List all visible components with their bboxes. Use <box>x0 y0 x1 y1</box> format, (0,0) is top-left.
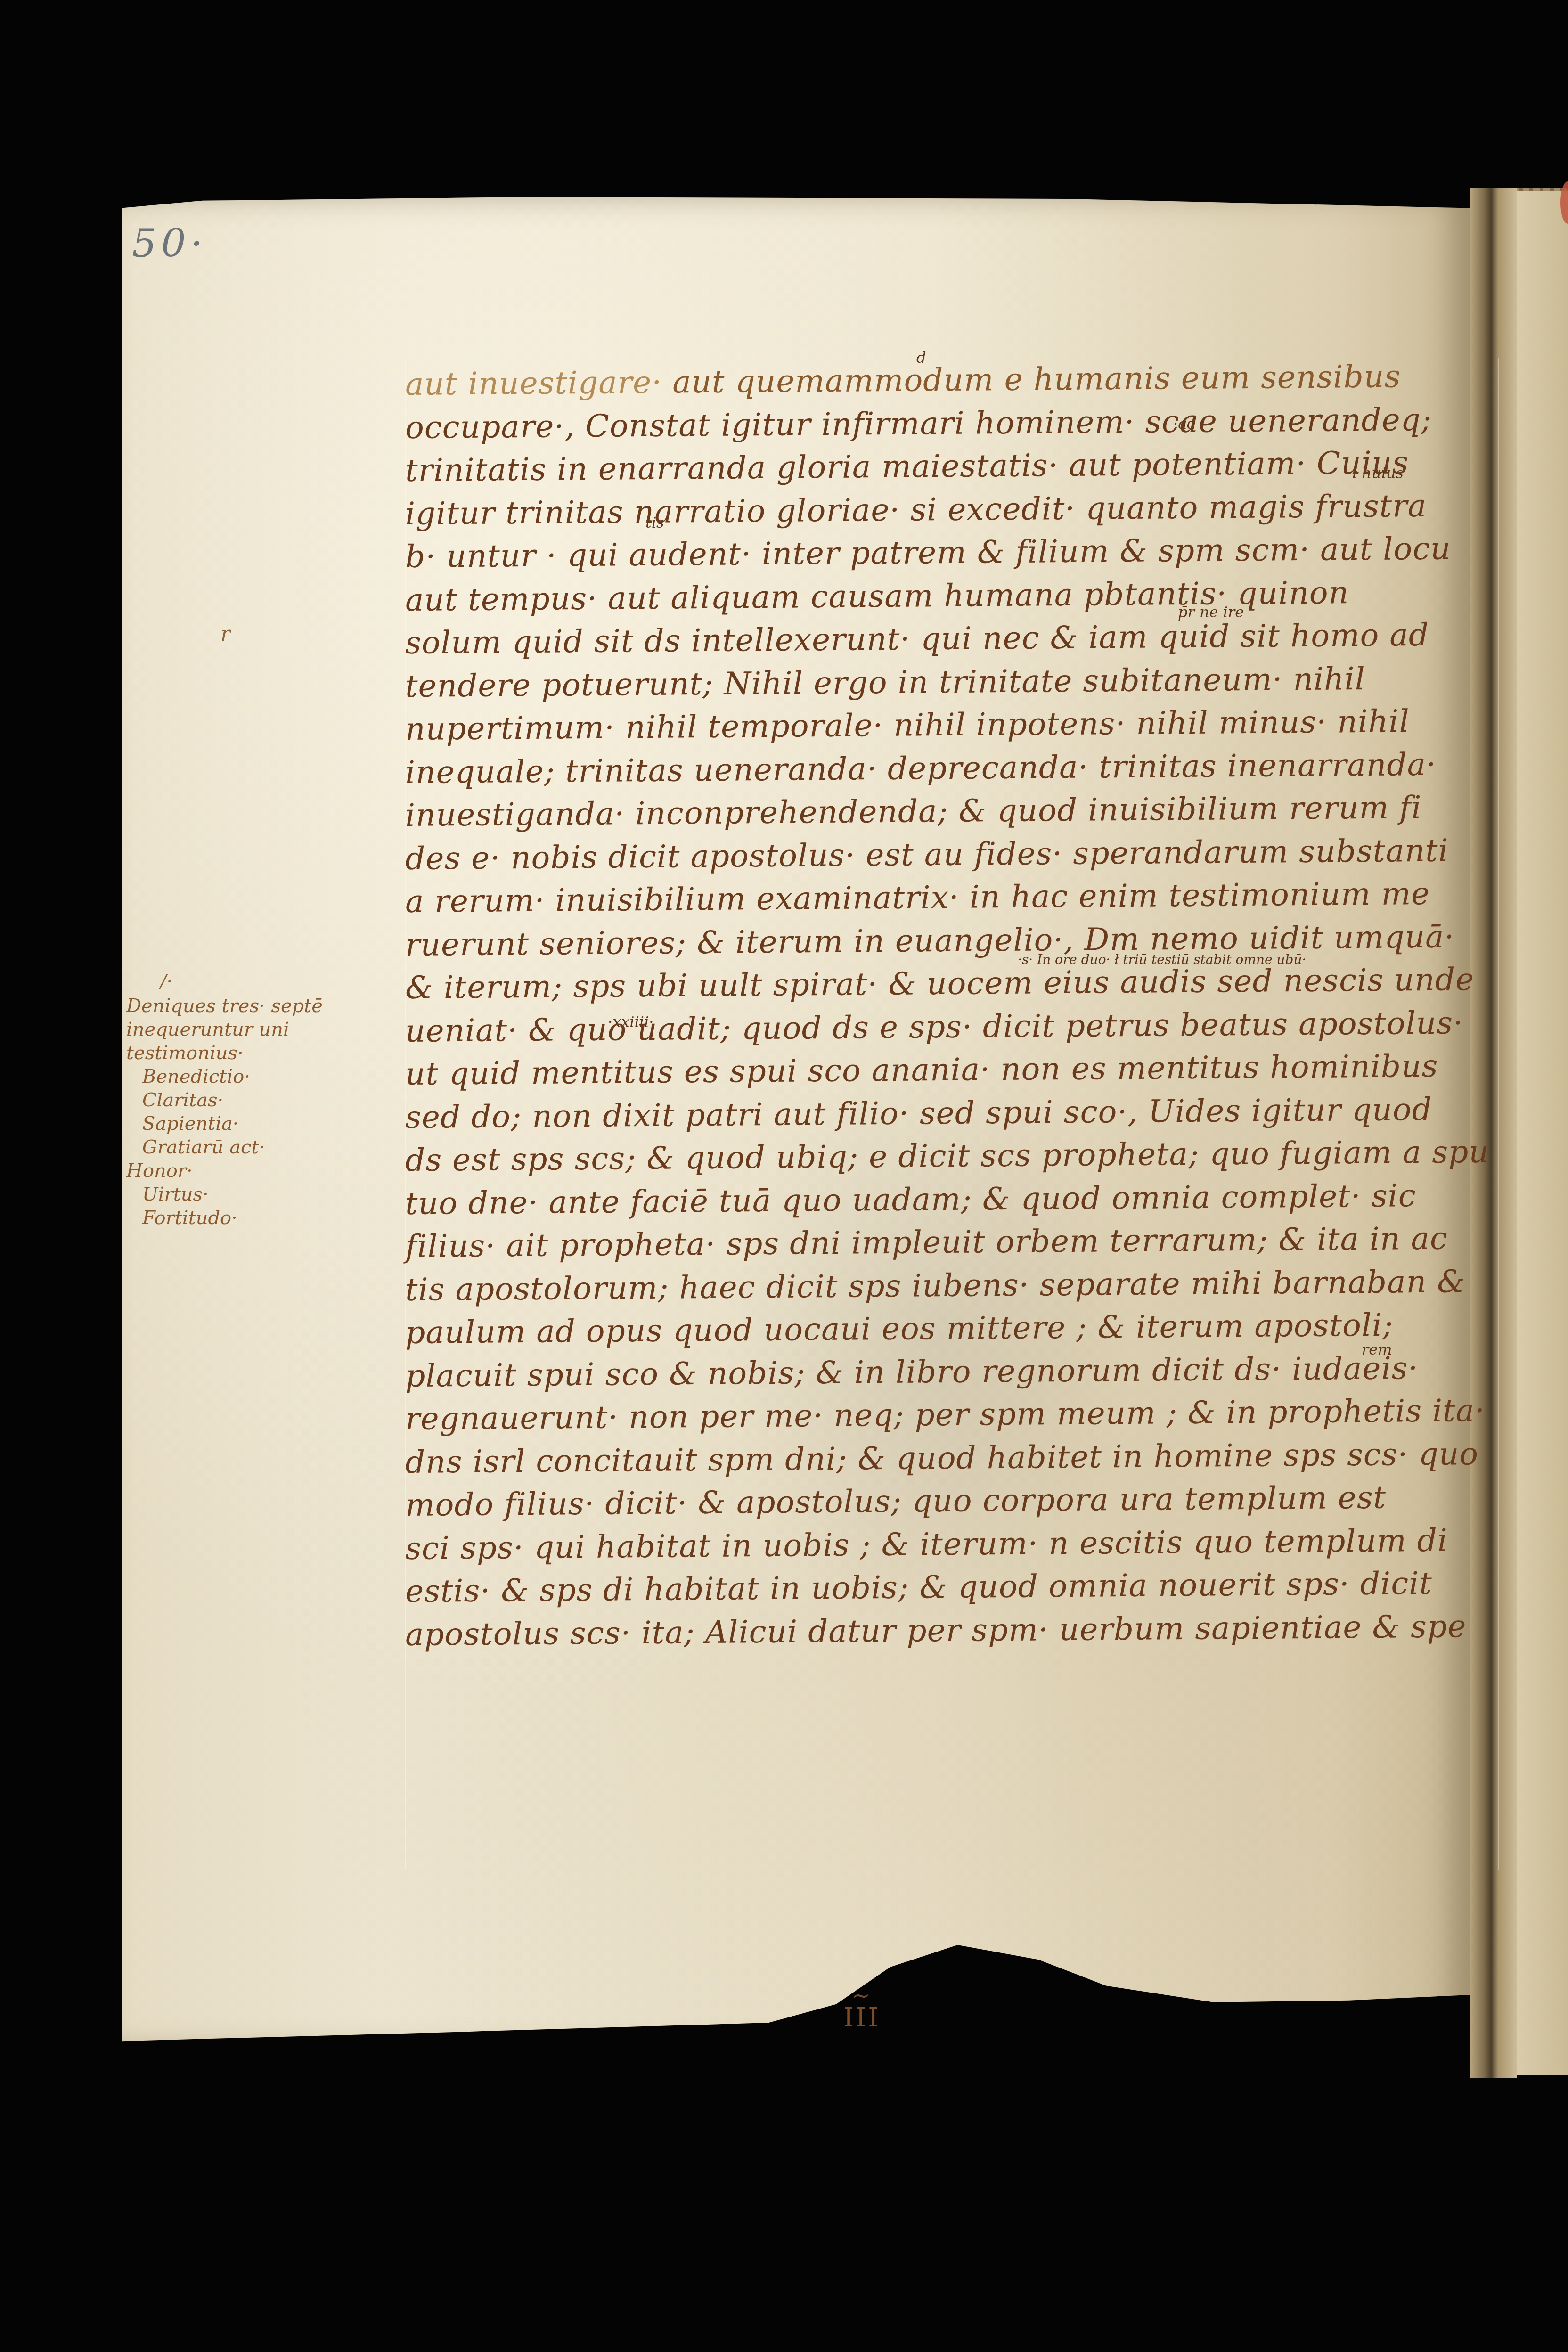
margin-mark-r: r <box>220 622 230 646</box>
margin-note-line: Claritas· <box>126 1088 277 1112</box>
main-text-block: aut inuestigare· aut quemammodum e human… <box>405 363 1508 1656</box>
text-line: ds est sps scs; & quod ubiq; e dicit scs… <box>405 1130 1508 1182</box>
margin-note-line: testimonius· <box>126 1041 277 1065</box>
margin-note-line: Benedictio· <box>126 1065 277 1088</box>
adjacent-leaf-edge <box>1517 191 1568 2075</box>
signature-mark: ~ <box>843 1988 880 2002</box>
text-line: a rerum· inuisibilium examinatrix· in ha… <box>405 872 1508 923</box>
margin-note-line: Deniques tres· septē <box>126 994 277 1018</box>
margin-note-line: Gratiarū act· <box>126 1135 277 1159</box>
text-line: modo filius· dicit· & apostolus; quo cor… <box>405 1475 1508 1527</box>
margin-note-line: Fortitudo· <box>126 1206 277 1230</box>
text-line: ut quid mentitus es spui sco anania· non… <box>405 1044 1508 1096</box>
margin-note-line: Uirtus· <box>126 1183 277 1206</box>
text-line: paulum ad opus quod uocaui eos mittere ;… <box>405 1303 1508 1355</box>
faded-lead-text: aut inuestigare· <box>405 364 662 402</box>
text-line: inuestiganda· inconprehendenda; & quod i… <box>405 785 1508 837</box>
text-line: aut inuestigare· aut quemammodum e human… <box>405 354 1508 406</box>
quire-signature: ~ III <box>843 1988 880 2033</box>
margin-note-line: Sapientia· <box>126 1112 277 1135</box>
text-line: apostolus scs· ita; Alicui datur per spm… <box>405 1604 1508 1656</box>
margin-note-line: inequeruntur uni <box>126 1018 277 1041</box>
text-line: solum quid sit ds intellexerunt· qui nec… <box>405 613 1508 665</box>
text-line: estis· & sps di habitat in uobis; & quod… <box>405 1561 1508 1613</box>
margin-list-mark: /· <box>160 971 172 992</box>
folio-number: 50· <box>132 221 207 266</box>
text-line: nupertimum· nihil temporale· nihil inpot… <box>405 699 1508 751</box>
margin-note-line: Honor· <box>126 1159 277 1183</box>
text-line: regnauerunt· non per me· neq; per spm me… <box>405 1389 1508 1441</box>
text-line: & iterum; sps ubi uult spirat· & uocem e… <box>405 958 1508 1010</box>
text-line: trinitatis in enarranda gloria maiestati… <box>405 441 1508 492</box>
margin-notes: Deniques tres· septē inequeruntur uni te… <box>126 994 277 1230</box>
signature-numeral: III <box>843 2002 880 2033</box>
text-line: b· untur · qui audent· inter patrem & fi… <box>405 527 1508 579</box>
text-line: filius· ait propheta· sps dni impleuit o… <box>405 1217 1508 1268</box>
text-line-rest: aut quemammodum e humanis eum sensibus <box>672 358 1401 400</box>
